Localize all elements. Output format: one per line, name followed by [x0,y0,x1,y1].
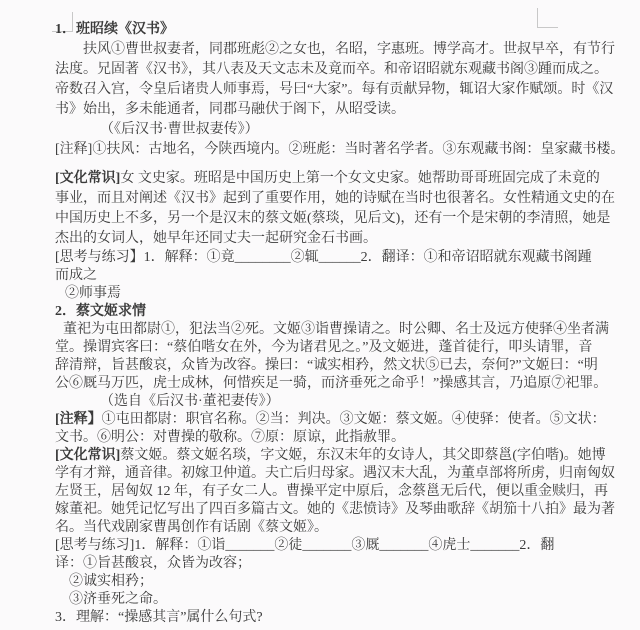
section2-culture-line: 名。当代戏剧家曹禺创作有话剧《蔡文姬》。 [55,519,590,537]
section2-exercise-line: 译：①旨甚酸哀，众皆为改容； [55,555,590,573]
section1-culture-line: [文化常识]女 文史家。班昭是中国历史上第一个女文史家。她帮助哥哥班固完成了未竟… [55,169,590,189]
blank-line-spacer [55,160,590,169]
section2-paragraph-line: 辞清辩，旨甚酸哀，众皆为改容。操曰：“诚实相矜，然文状⑤已去，奈何?”文姬曰：“… [55,357,590,375]
section2-notes-text: ①屯田都尉：职官名称。②当：判决。③文姬：蔡文姬。④使驿：使者。⑤文状： [102,412,606,427]
section2-exercise-line: ②诚实相矜； [55,573,590,591]
section1-notes-line: [注释]①扶风：古地名，今陕西境内。②班彪：当时著名学者。③东观藏书阁：皇家藏书… [55,140,590,160]
section1-culture-line: 中国历史上不多，另一个是汉末的蔡文姬(蔡琰，见后文)，还有一个是宋朝的李清照，她… [55,209,590,229]
section1-culture-line: 杰出的女词人，她早年还同丈夫一起研究金石书画。 [55,229,590,249]
section2-paragraph-line: 公⑥厩马万匹，虎士成林，何惜疾足一骑，而济垂死之命乎！”操感其言，乃追原⑦祀罪。 [55,375,590,393]
section2-culture-line: 学有才辩，通音律。初嫁卫仲道。夫亡后归母家。遇汉末大乱，为董卓部将所虏，归南匈奴 [55,465,590,483]
section2-culture-text: 蔡文姬。蔡文姬名琰，字文姬，东汉末年的女诗人，其父即蔡邕(字伯喈)。她博 [120,448,605,463]
section1-exercise-line: 而成之 [55,267,590,285]
document-page: 1．班昭续《汉书》 扶风①曹世叔妻者，同郡班彪②之女也，名昭，字惠班。博学高才。… [0,0,640,630]
section1-paragraph-line: 书》始出，多未能通者，同郡马融伏于阁下，从昭受读。 [55,100,590,120]
document-content: 1．班昭续《汉书》 扶风①曹世叔妻者，同郡班彪②之女也，名昭，字惠班。博学高才。… [55,20,590,627]
section2-source-citation: （选自《后汉书·董祀妻传》） [55,393,590,411]
section2-title: 2．蔡文姬求情 [55,303,590,321]
section1-culture-label: [文化常识] [55,171,120,186]
section1-source-citation: （《后汉书·曹世叔妻传》） [55,120,590,140]
section1-exercise-line: ②师事焉 [55,285,590,303]
section2-exercise-line: 3．理解：“操感其言”属什么句式? [55,609,590,627]
section2-notes-line: [注释】①屯田都尉：职官名称。②当：判决。③文姬：蔡文姬。④使驿：使者。⑤文状： [55,411,590,429]
section2-culture-line: [文化常识]蔡文姬。蔡文姬名琰，字文姬，东汉末年的女诗人，其父即蔡邕(字伯喈)。… [55,447,590,465]
section2-culture-line: 嫁董祀。她凭记忆写出了四百多篇古文。她的《悲愤诗》及琴曲歌辞《胡笳十八拍》最为著 [55,501,590,519]
section2-culture-label: [文化常识] [55,448,120,463]
section2-paragraph-line: 堂。操谓宾客曰：“蔡伯喈女在外，今为诸君见之。”及文姬进，蓬首徒行，叩头请罪，音 [55,339,590,357]
section1-exercise-line: [思考与练习】1．解释：①竟________②辄______2．翻译：①和帝诏昭… [55,249,590,267]
section1-paragraph-line: 法度。兄固著《汉书》，其八表及天文志未及竟而卒。和帝诏昭就东观藏书阁③踵而成之。 [55,60,590,80]
section1-culture-line: 事业，而且对阐述《汉书》起到了重要作用，她的诗赋在当时也很著名。女性精通文史的在 [55,189,590,209]
section2-notes-label: [注释】 [55,412,102,427]
section2-exercise-line: [思考与练习]1．解释：①诣_______②徒_______③厩_______④… [55,537,590,555]
section1-paragraph-line: 扶风①曹世叔妻者，同郡班彪②之女也，名昭，字惠班。博学高才。世叔早卒，有节行 [55,40,590,60]
section1-paragraph-line: 帝数召入宫，令皇后诸贵人师事焉，号曰“大家”。每有贡献异物，辄诏大家作赋颂。时《… [55,80,590,100]
section2-culture-line: 左贤王，居匈奴 12 年，有子女二人。曹操平定中原后，念蔡邕无后代，便以重金赎归… [55,483,590,501]
section1-title: 1．班昭续《汉书》 [55,20,590,40]
section2-paragraph-line: 董祀为屯田都尉①，犯法当②死。文姬③诣曹操请之。时公卿、名士及远方使驿④坐者满 [55,321,590,339]
section2-exercise-line: ③济垂死之命。 [55,591,590,609]
section2-notes-line: 文书。⑥明公：对曹操的敬称。⑦原：原谅，此指赦罪。 [55,429,590,447]
section1-culture-text: 女 文史家。班昭是中国历史上第一个女文史家。她帮助哥哥班固完成了未竟的 [120,171,600,186]
